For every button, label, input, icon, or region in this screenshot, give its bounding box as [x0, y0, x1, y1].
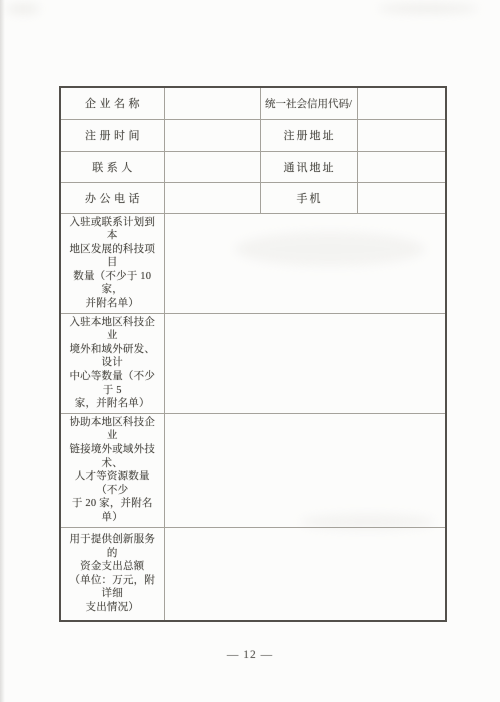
- planned-projects-label: 入驻或联系计划到本 地区发展的科技项目 数量（不少于 10 家， 并附名单）: [60, 213, 164, 313]
- contact-person-label: 联系人: [60, 151, 164, 182]
- credit-code-value-cell: [357, 87, 446, 119]
- scan-smudge: [378, 4, 478, 13]
- table-row: 联系人 通讯地址: [60, 151, 446, 182]
- enterprise-info-form-table: 企业名称 统一社会信用代码/ 注册时间 注册地址 联系人 通讯地址 办公电话: [59, 86, 447, 622]
- innovation-spending-value-cell: [164, 527, 446, 621]
- company-name-value-cell: [164, 87, 260, 119]
- table-row: 入驻本地区科技企业 境外和域外研发、设计 中心等数量（不少于 5 家，并附名单）: [60, 313, 446, 413]
- rd-design-centers-label: 入驻本地区科技企业 境外和域外研发、设计 中心等数量（不少于 5 家，并附名单）: [60, 313, 164, 413]
- mailing-address-label: 通讯地址: [260, 151, 357, 182]
- scan-smudge: [6, 4, 40, 14]
- page-number: — 12 —: [0, 649, 500, 661]
- office-phone-label: 办公电话: [60, 182, 164, 213]
- registered-address-label: 注册地址: [260, 119, 357, 151]
- innovation-spending-label: 用于提供创新服务的 资金支出总额 （单位：万元，附详细 支出情况）: [60, 527, 164, 621]
- scan-edge-shading: [0, 0, 5, 702]
- table-row: 协助本地区科技企业 链接境外或域外技术、 人才等资源数量（不少 于 20 家，并…: [60, 413, 446, 527]
- registration-date-label: 注册时间: [60, 119, 164, 151]
- table-row: 注册时间 注册地址: [60, 119, 446, 151]
- table-row: 企业名称 统一社会信用代码/: [60, 87, 446, 119]
- table-row: 用于提供创新服务的 资金支出总额 （单位：万元，附详细 支出情况）: [60, 527, 446, 621]
- mobile-phone-value-cell: [357, 182, 446, 213]
- mailing-address-value-cell: [357, 151, 446, 182]
- mobile-phone-label: 手机: [260, 182, 357, 213]
- table-row: 入驻或联系计划到本 地区发展的科技项目 数量（不少于 10 家， 并附名单）: [60, 213, 446, 313]
- contact-person-value-cell: [164, 151, 260, 182]
- resource-linking-label: 协助本地区科技企业 链接境外或域外技术、 人才等资源数量（不少 于 20 家，并…: [60, 413, 164, 527]
- company-name-label: 企业名称: [60, 87, 164, 119]
- resource-linking-value-cell: [164, 413, 446, 527]
- office-phone-value-cell: [164, 182, 260, 213]
- table-row: 办公电话 手机: [60, 182, 446, 213]
- document-page: 企业名称 统一社会信用代码/ 注册时间 注册地址 联系人 通讯地址 办公电话: [0, 0, 500, 702]
- registered-address-value-cell: [357, 119, 446, 151]
- rd-design-centers-value-cell: [164, 313, 446, 413]
- registration-date-value-cell: [164, 119, 260, 151]
- planned-projects-value-cell: [164, 213, 446, 313]
- credit-code-label: 统一社会信用代码/: [260, 87, 357, 119]
